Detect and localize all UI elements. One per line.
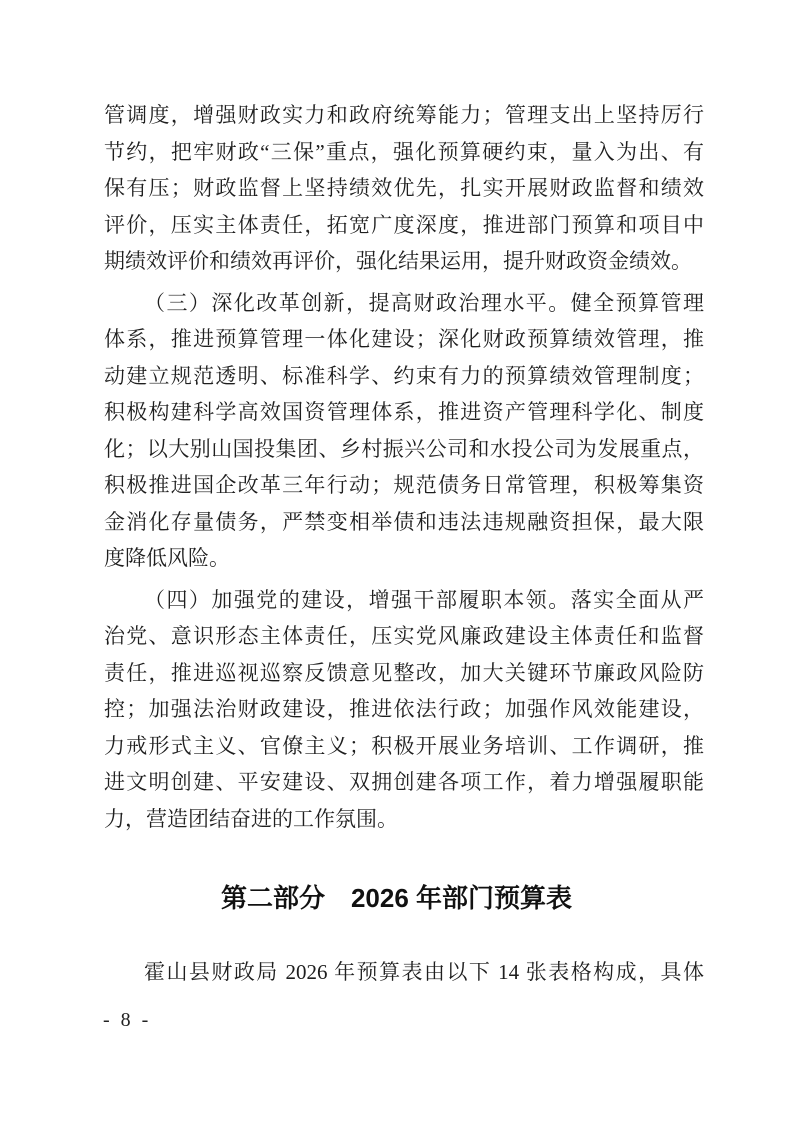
body-text: 管调度，增强财政实力和政府统筹能力；管理支出上坚持厉行 节约，把牢财政“三保”重… [104, 97, 704, 837]
text-line: 积极构建科学高效国资管理体系，推进资产管理科学化、制度 [104, 394, 704, 431]
text-line: （四）加强党的建设，增强干部履职本领。落实全面从严 [104, 582, 704, 619]
text-line: （三）深化改革创新，提高财政治理水平。健全预算管理 [104, 285, 704, 322]
text-line: 力，营造团结奋进的工作氛围。 [104, 801, 704, 838]
paragraph-section-4-party-building: （四）加强党的建设，增强干部履职本领。落实全面从严 治党、意识形态主体责任，压实… [104, 582, 704, 838]
text-line: 节约，把牢财政“三保”重点，强化预算硬约束，量入为出、有 [104, 134, 704, 171]
text-line: 金消化存量债务，严禁变相举债和违法违规融资担保，最大限 [104, 504, 704, 541]
text-line: 力戒形式主义、官僚主义；积极开展业务培训、工作调研，推 [104, 728, 704, 765]
paragraph-fiscal-management: 管调度，增强财政实力和政府统筹能力；管理支出上坚持厉行 节约，把牢财政“三保”重… [104, 97, 704, 280]
text-line: 积极推进国企改革三年行动；规范债务日常管理，积极筹集资 [104, 467, 704, 504]
text-line: 管调度，增强财政实力和政府统筹能力；管理支出上坚持厉行 [104, 97, 704, 134]
document-page: 管调度，增强财政实力和政府统筹能力；管理支出上坚持厉行 节约，把牢财政“三保”重… [0, 0, 793, 1122]
text-line: 进文明创建、平安建设、双拥创建各项工作，着力增强履职能 [104, 764, 704, 801]
text-line: 期绩效评价和绩效再评价，强化结果运用，提升财政资金绩效。 [104, 243, 704, 280]
page-number: - 8 - [103, 1008, 151, 1032]
intro-paragraph-budget-tables: 霍山县财政局 2026 年预算表由以下 14 张表格构成，具体 [104, 954, 704, 991]
text-line: 保有压；财政监督上坚持绩效优先，扎实开展财政监督和绩效 [104, 170, 704, 207]
text-line: 度降低风险。 [104, 540, 704, 577]
text-line: 治党、意识形态主体责任，压实党风廉政建设主体责任和监督 [104, 618, 704, 655]
section-heading: 第二部分 2026 年部门预算表 [0, 879, 793, 917]
text-line: 动建立规范透明、标准科学、约束有力的预算绩效管理制度； [104, 358, 704, 395]
text-line: 责任，推进巡视巡察反馈意见整改，加大关键环节廉政风险防 [104, 655, 704, 692]
text-line: 控；加强法治财政建设，推进依法行政；加强作风效能建设， [104, 691, 704, 728]
text-line: 霍山县财政局 2026 年预算表由以下 14 张表格构成，具体 [104, 954, 704, 991]
text-line: 化；以大别山国投集团、乡村振兴公司和水投公司为发展重点， [104, 431, 704, 468]
paragraph-section-3-reform: （三）深化改革创新，提高财政治理水平。健全预算管理 体系，推进预算管理一体化建设… [104, 285, 704, 577]
text-line: 评价，压实主体责任，拓宽广度深度，推进部门预算和项目中 [104, 207, 704, 244]
text-line: 体系，推进预算管理一体化建设；深化财政预算绩效管理，推 [104, 321, 704, 358]
